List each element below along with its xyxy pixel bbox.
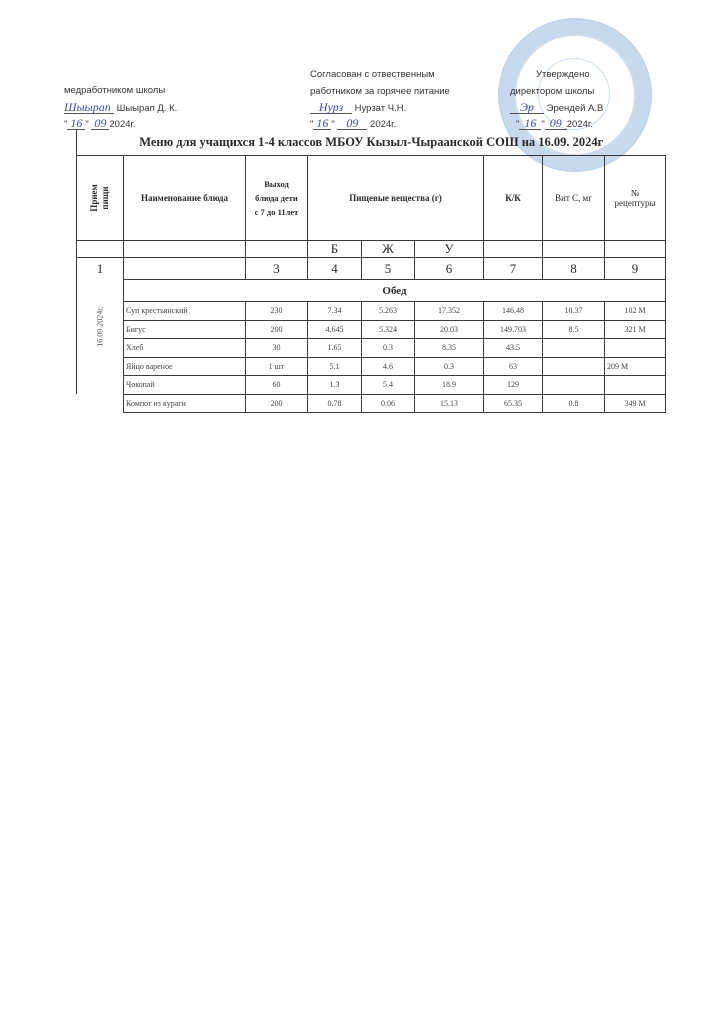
medic-signature-line: Шыырап Шыырап Д. К.	[64, 101, 177, 114]
nutrient-letters-row: Б Ж У	[77, 241, 666, 258]
header-row: Прием пищи Наименование блюда Выход блюд…	[77, 156, 666, 241]
table-row: Компот из кураги 200 0.78 0.06 15.13 65.…	[77, 394, 666, 413]
medic-signature: Шыырап	[64, 101, 114, 114]
director-signature-line: Эр Эрендей А.В	[510, 101, 603, 114]
header-dish: Наименование блюда	[124, 156, 246, 241]
table-row: Хлеб 30 1.65 0.3 8.35 43.5	[77, 339, 666, 358]
director-name: Эрендей А.В	[547, 103, 604, 114]
header-recipe: № рецептуры	[605, 156, 666, 241]
dish-name: Компот из кураги	[124, 394, 246, 413]
dish-name: Яйцо вареное	[124, 357, 246, 376]
date-label: 16.09.2024г.	[95, 306, 104, 346]
medic-role: медработником школы	[64, 86, 165, 96]
header-portion: Выход блюда дети с 7 до 11лет	[246, 156, 308, 241]
dish-name: Чокопай	[124, 376, 246, 395]
food-manager-name: Нурзат Ч.Н.	[355, 103, 407, 114]
letter-protein: Б	[308, 241, 362, 258]
medic-name: Шыырап Д. К.	[117, 103, 178, 114]
food-manager-line1: Согласован с отвественным	[310, 70, 435, 80]
food-manager-signature-line: Нурз Нурзат Ч.Н.	[310, 101, 406, 114]
table-row: Суп крестьянский 230 7.34 5.263 17.352 1…	[77, 302, 666, 321]
menu-table: Меню для учащихся 1-4 классов МБОУ Кызыл…	[76, 130, 666, 413]
header-nutrients: Пищевые вещества (г)	[308, 156, 484, 241]
table-row: Бигус 200 4.645 5.324 20.03 149.703 8.5 …	[77, 320, 666, 339]
director-date: "16"092024г.	[516, 117, 593, 130]
meal-name: Обед	[124, 280, 666, 302]
header-meal: Прием пищи	[77, 156, 124, 241]
menu-title: Меню для учащихся 1-4 классов МБОУ Кызыл…	[77, 130, 666, 156]
letter-carbs: У	[415, 241, 484, 258]
director-line2: директором школы	[510, 87, 594, 97]
header-vitc: Вит С, мг	[543, 156, 605, 241]
food-manager-date: "16" 09 2024г.	[310, 117, 396, 130]
dish-name: Бигус	[124, 320, 246, 339]
table-row: Яйцо вареное 1 шт 5.1 4.6 0.3 63 209 М	[77, 357, 666, 376]
director-line1: Утверждено	[536, 70, 590, 80]
column-numbers-row: 1 16.09.2024г. 3 4 5 6 7 8 9	[77, 258, 666, 280]
meal-cell: 1 16.09.2024г.	[77, 258, 124, 395]
medic-date: "16" 092024г.	[64, 117, 135, 130]
meal-row: Обед	[77, 280, 666, 302]
director-signature: Эр	[510, 101, 544, 114]
dish-name: Суп крестьянский	[124, 302, 246, 321]
table-row: Чокопай 60 1.3 5.4 18.9 129	[77, 376, 666, 395]
food-manager-signature: Нурз	[310, 101, 352, 114]
dish-name: Хлеб	[124, 339, 246, 358]
header-kcal: К/К	[484, 156, 543, 241]
food-manager-line2: работником за горячее питание	[310, 87, 450, 97]
letter-fat: Ж	[362, 241, 415, 258]
